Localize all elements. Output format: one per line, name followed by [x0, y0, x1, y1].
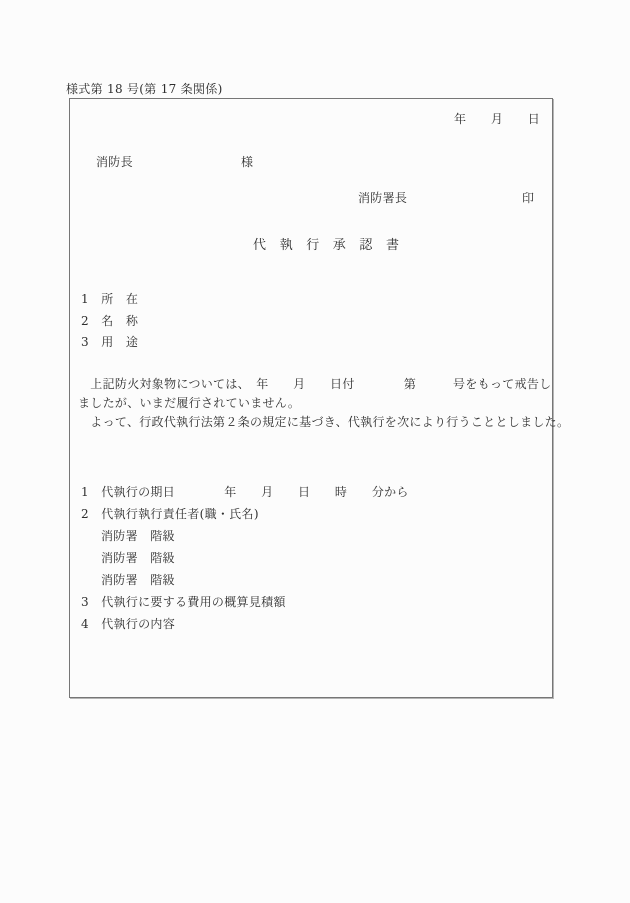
- property-item-location: 1 所 在: [81, 292, 138, 306]
- execution-item-responsible-officer: 2 代執行執行責任者(職・氏名): [81, 507, 259, 521]
- notice-paragraph-line-2: ましたが、いまだ履行されていません。: [78, 396, 300, 410]
- addressee-fire-chief-label: 消防長: [96, 155, 133, 169]
- document-page: 様式第 18 号(第 17 条関係) 年 月 日 消防長 様 消防署長 印 代 …: [0, 0, 630, 903]
- execution-item-date: 1 代執行の期日 年 月 日 時 分から: [81, 485, 409, 499]
- document-title: 代 執 行 承 認 書: [253, 239, 399, 253]
- notice-paragraph-line-3: よって、行政代執行法第２条の規定に基づき、代執行を次により行うこととしました。: [78, 415, 569, 429]
- sender-fire-station-chief-label: 消防署長: [358, 191, 407, 205]
- property-item-use: 3 用 途: [81, 335, 138, 349]
- form-number-label: 様式第 18 号(第 17 条関係): [66, 82, 223, 96]
- responsible-officer-line-3: 消防署 階級: [101, 573, 175, 587]
- execution-item-cost-estimate: 3 代執行に要する費用の概算見積額: [81, 595, 286, 609]
- form-border-box: 年 月 日 消防長 様 消防署長 印 代 執 行 承 認 書 1 所 在 2 名…: [69, 98, 553, 698]
- notice-paragraph-line-1: 上記防火対象物については、 年 月 日付 第 号をもって戒告し: [78, 377, 551, 391]
- date-blank-line: 年 月 日: [454, 112, 540, 126]
- responsible-officer-line-1: 消防署 階級: [101, 529, 175, 543]
- property-item-name: 2 名 称: [81, 314, 138, 328]
- execution-item-content: 4 代執行の内容: [81, 617, 175, 631]
- addressee-honorific-label: 様: [241, 155, 253, 169]
- seal-placeholder-label: 印: [522, 191, 534, 205]
- responsible-officer-line-2: 消防署 階級: [101, 551, 175, 565]
